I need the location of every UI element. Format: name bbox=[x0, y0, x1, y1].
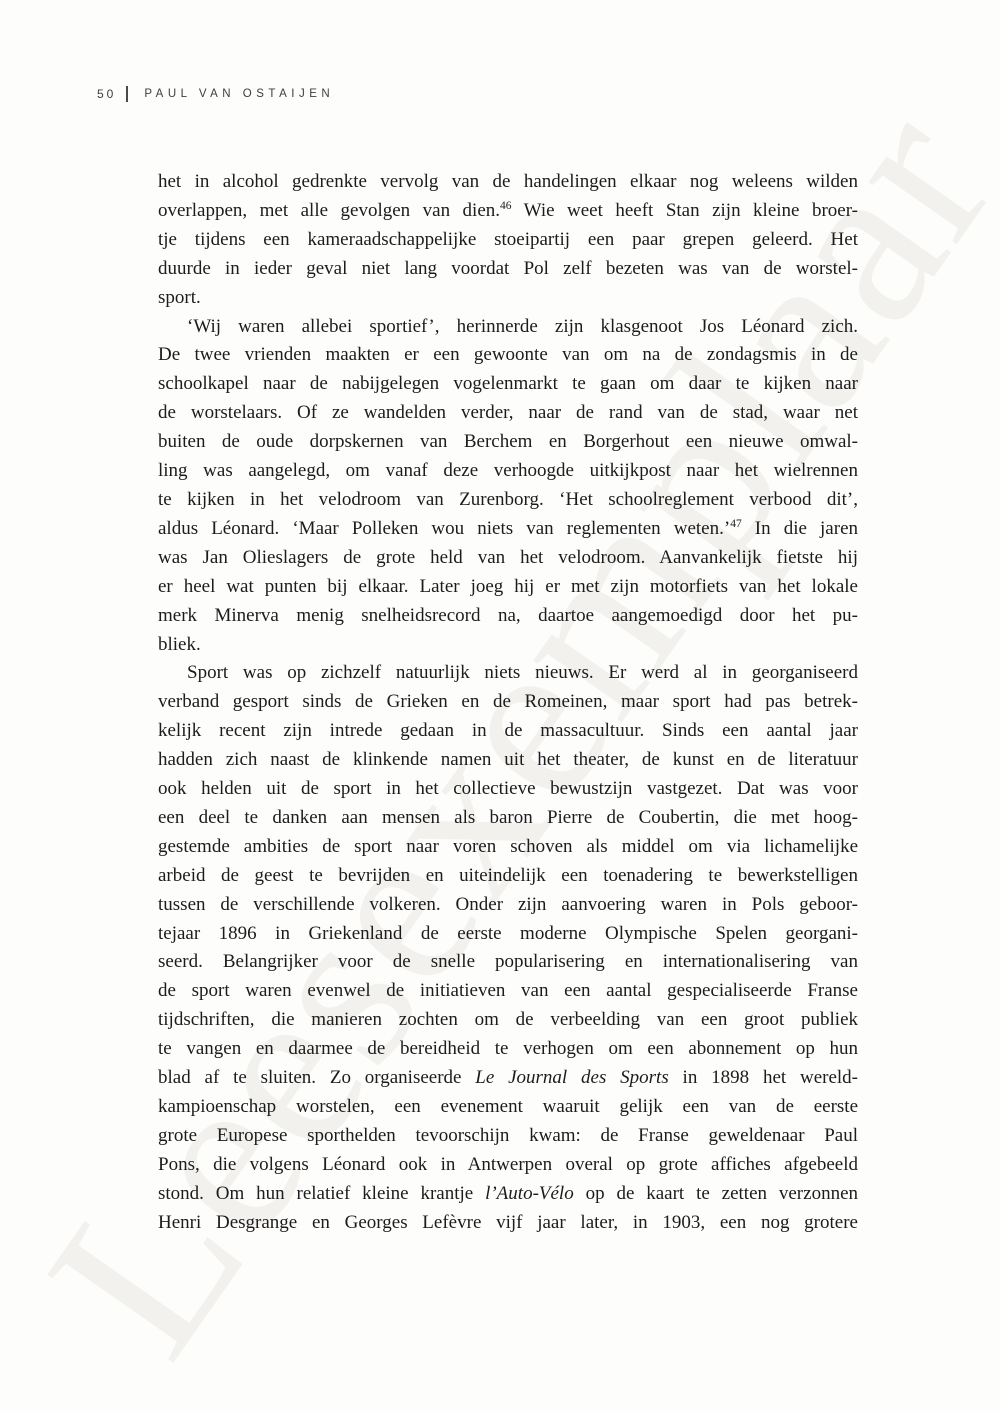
text-line: merk Minerva menig snelheidsrecord na, d… bbox=[158, 602, 858, 631]
paragraph: het in alcohol gedrenkte vervolg van de … bbox=[158, 168, 858, 313]
text-line: sport. bbox=[158, 284, 858, 313]
text-line: het in alcohol gedrenkte vervolg van de … bbox=[158, 168, 858, 197]
text-line: Henri Desgrange en Georges Lefèvre vijf … bbox=[158, 1209, 858, 1238]
text-line: Sport was op zichzelf natuurlijk niets n… bbox=[158, 659, 858, 688]
text-line: was Jan Olieslagers de grote held van he… bbox=[158, 544, 858, 573]
text-line: te vangen en daarmee de bereidheid te ve… bbox=[158, 1035, 858, 1064]
running-head: 50 PAUL VAN OSTAIJEN bbox=[97, 86, 334, 102]
text-line: arbeid de geest te bevrijden en uiteinde… bbox=[158, 862, 858, 891]
text-line: aldus Léonard. ‘Maar Polleken wou niets … bbox=[158, 515, 858, 544]
text-line: ook helden uit de sport in het collectie… bbox=[158, 775, 858, 804]
text-line: een deel te danken aan mensen als baron … bbox=[158, 804, 858, 833]
text-line: tejaar 1896 in Griekenland de eerste mod… bbox=[158, 920, 858, 949]
text-line: schoolkapel naar de nabijgelegen vogelen… bbox=[158, 370, 858, 399]
text-line: hadden zich naast de klinkende namen uit… bbox=[158, 746, 858, 775]
text-line: Pons, die volgens Léonard ook in Antwerp… bbox=[158, 1151, 858, 1180]
text-line: tje tijdens een kameraadschappelijke sto… bbox=[158, 226, 858, 255]
text-line: buiten de oude dorpskernen van Berchem e… bbox=[158, 428, 858, 457]
header-divider bbox=[126, 86, 128, 102]
text-line: kelijk recent zijn intrede gedaan in de … bbox=[158, 717, 858, 746]
book-title: PAUL VAN OSTAIJEN bbox=[144, 88, 334, 100]
text-block: het in alcohol gedrenkte vervolg van de … bbox=[158, 168, 858, 1238]
paragraph: Sport was op zichzelf natuurlijk niets n… bbox=[158, 659, 858, 1237]
page-number: 50 bbox=[97, 87, 116, 101]
book-page: Leesexemplaar 50 PAUL VAN OSTAIJEN het i… bbox=[0, 0, 1000, 1412]
text-line: tijdschriften, die manieren zochten om d… bbox=[158, 1006, 858, 1035]
text-line: seerd. Belangrijker voor de snelle popul… bbox=[158, 948, 858, 977]
text-line: grote Europese sporthelden tevoorschijn … bbox=[158, 1122, 858, 1151]
text-line: ‘Wij waren allebei sportief’, herinnerde… bbox=[158, 313, 858, 342]
text-line: De twee vrienden maakten er een gewoonte… bbox=[158, 341, 858, 370]
text-line: verband gesport sinds de Grieken en de R… bbox=[158, 688, 858, 717]
text-line: overlappen, met alle gevolgen van dien.4… bbox=[158, 197, 858, 226]
text-line: de sport waren evenwel de initiatieven v… bbox=[158, 977, 858, 1006]
text-line: blad af te sluiten. Zo organiseerde Le J… bbox=[158, 1064, 858, 1093]
text-line: duurde in ieder geval niet lang voordat … bbox=[158, 255, 858, 284]
text-line: tussen de verschillende volkeren. Onder … bbox=[158, 891, 858, 920]
text-line: kampioenschap worstelen, een evenement w… bbox=[158, 1093, 858, 1122]
text-line: de worstelaars. Of ze wandelden verder, … bbox=[158, 399, 858, 428]
text-line: ling was aangelegd, om vanaf deze verhoo… bbox=[158, 457, 858, 486]
footnote-ref: 47 bbox=[730, 518, 742, 530]
text-line: stond. Om hun relatief kleine krantje l’… bbox=[158, 1180, 858, 1209]
text-line: er heel wat punten bij elkaar. Later joe… bbox=[158, 573, 858, 602]
text-line: gestemde ambities de sport naar voren sc… bbox=[158, 833, 858, 862]
footnote-ref: 46 bbox=[500, 200, 512, 212]
text-line: bliek. bbox=[158, 631, 858, 660]
paragraph: ‘Wij waren allebei sportief’, herinnerde… bbox=[158, 313, 858, 660]
text-line: te kijken in het velodroom van Zurenborg… bbox=[158, 486, 858, 515]
